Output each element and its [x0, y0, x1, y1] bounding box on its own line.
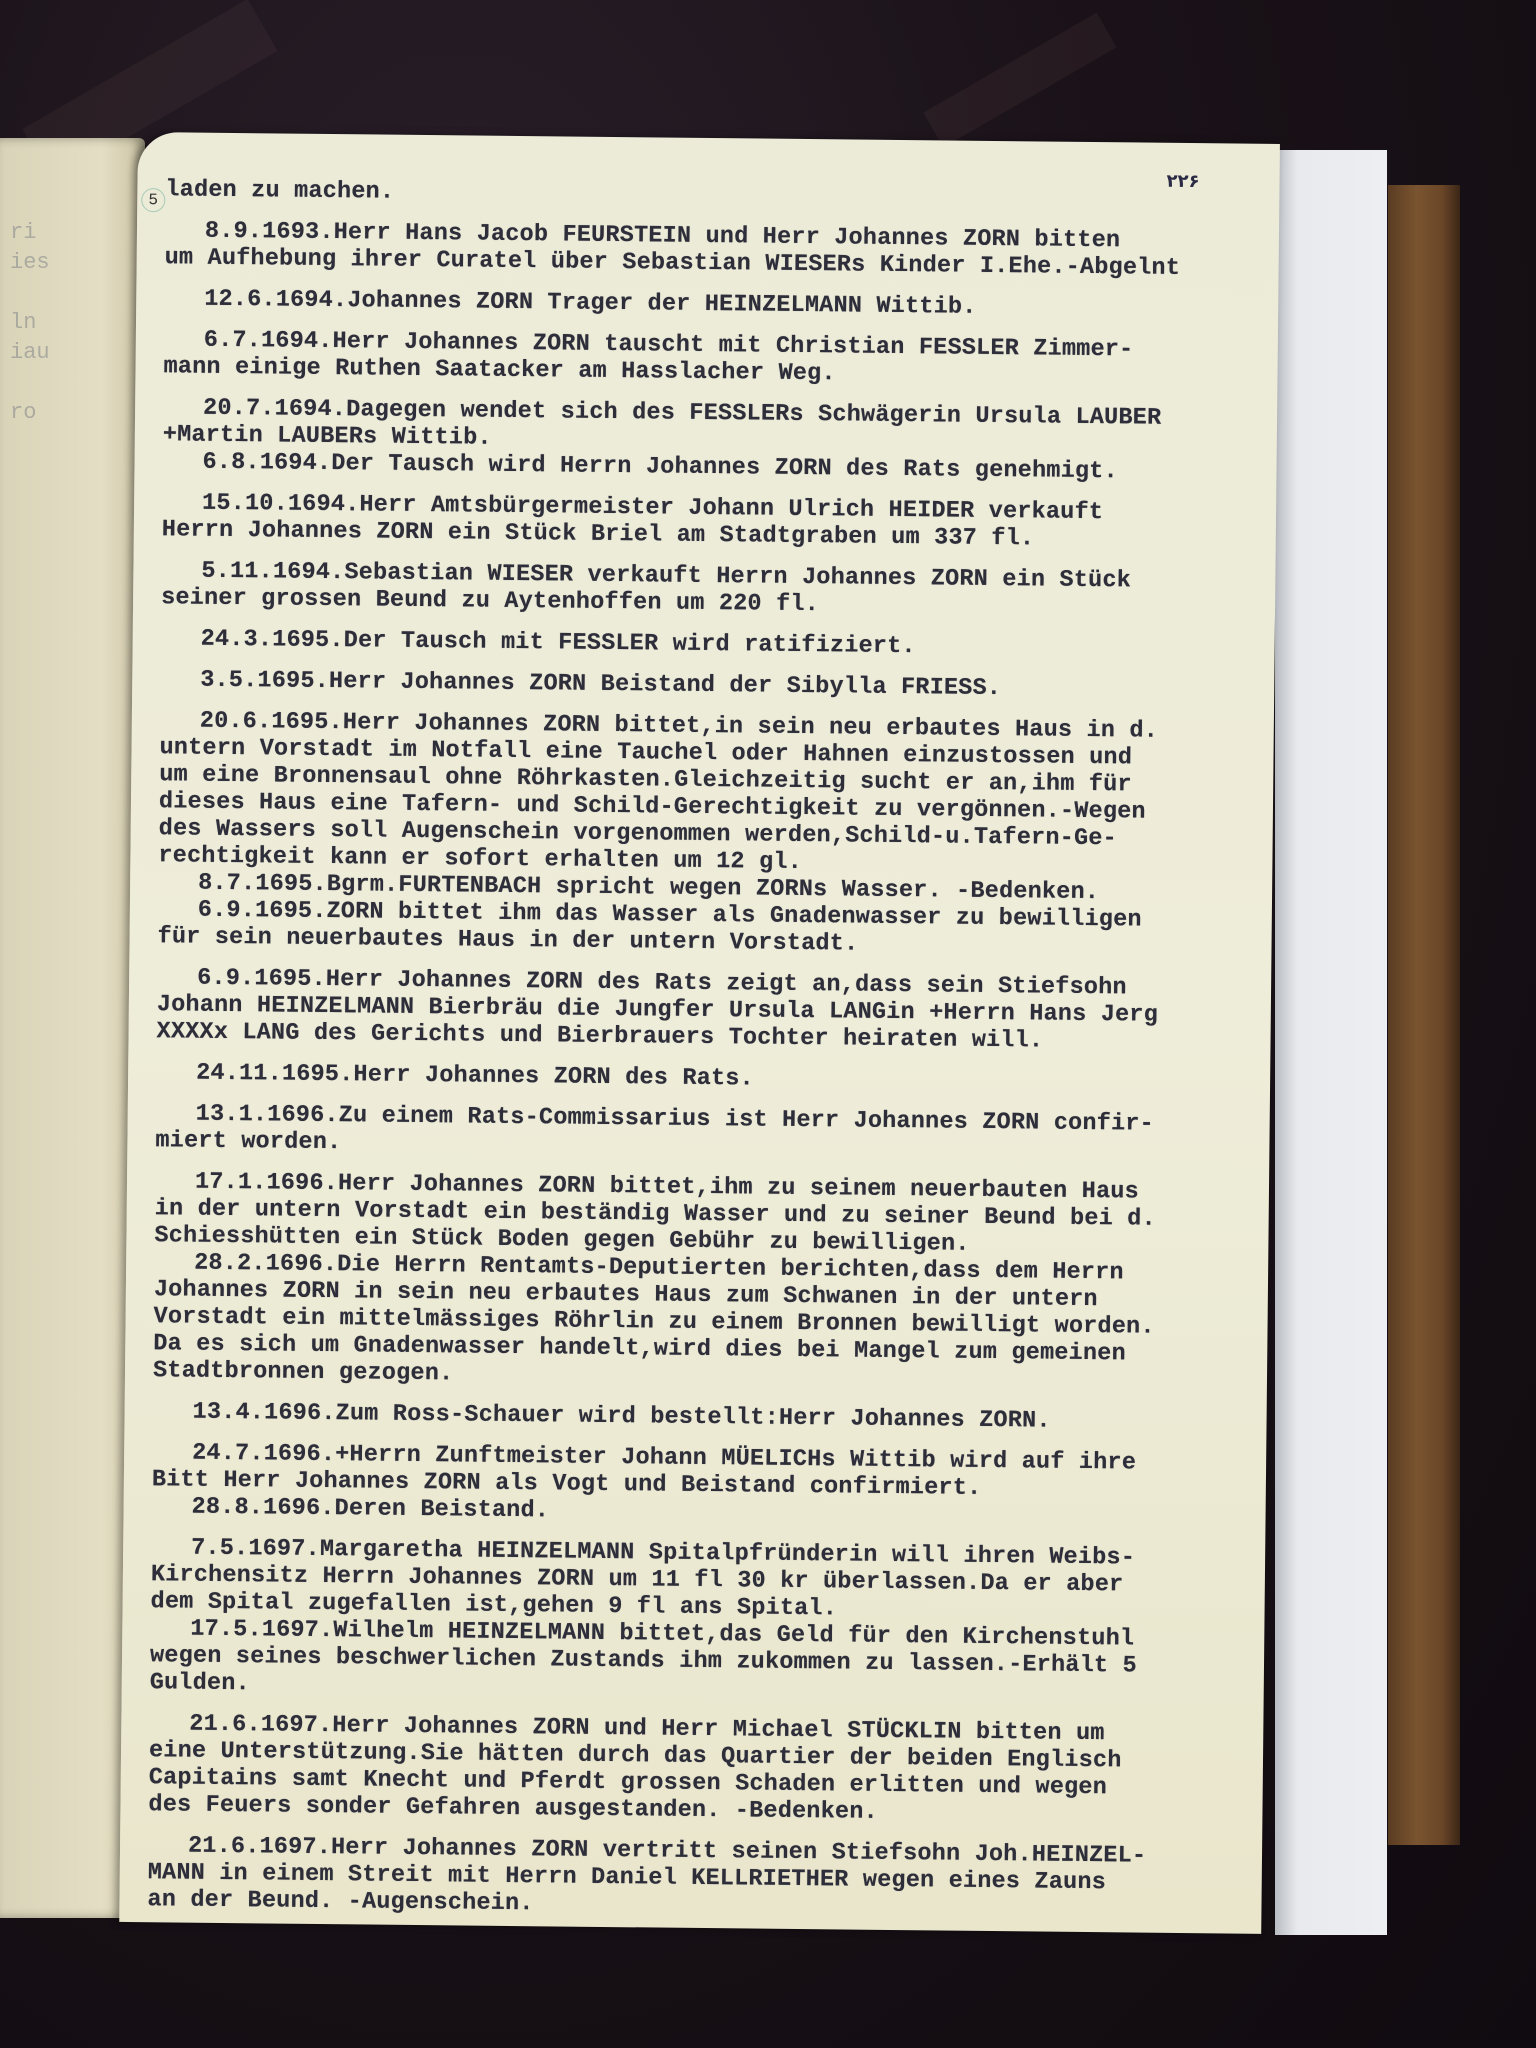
page-text-body: laden zu machen.8.9.1693.Herr Hans Jacob…	[147, 176, 1275, 1925]
facing-page-bleed-text: ri ies ln iau ro	[10, 218, 90, 428]
background-cloth-pattern	[923, 13, 1116, 148]
book-spine-edge	[1388, 185, 1460, 1845]
typewritten-page: ۲۲۶ 5 laden zu machen.8.9.1693.Herr Hans…	[119, 132, 1280, 1934]
backing-sheet	[1275, 150, 1387, 1935]
margin-annotation: 5	[141, 188, 165, 212]
